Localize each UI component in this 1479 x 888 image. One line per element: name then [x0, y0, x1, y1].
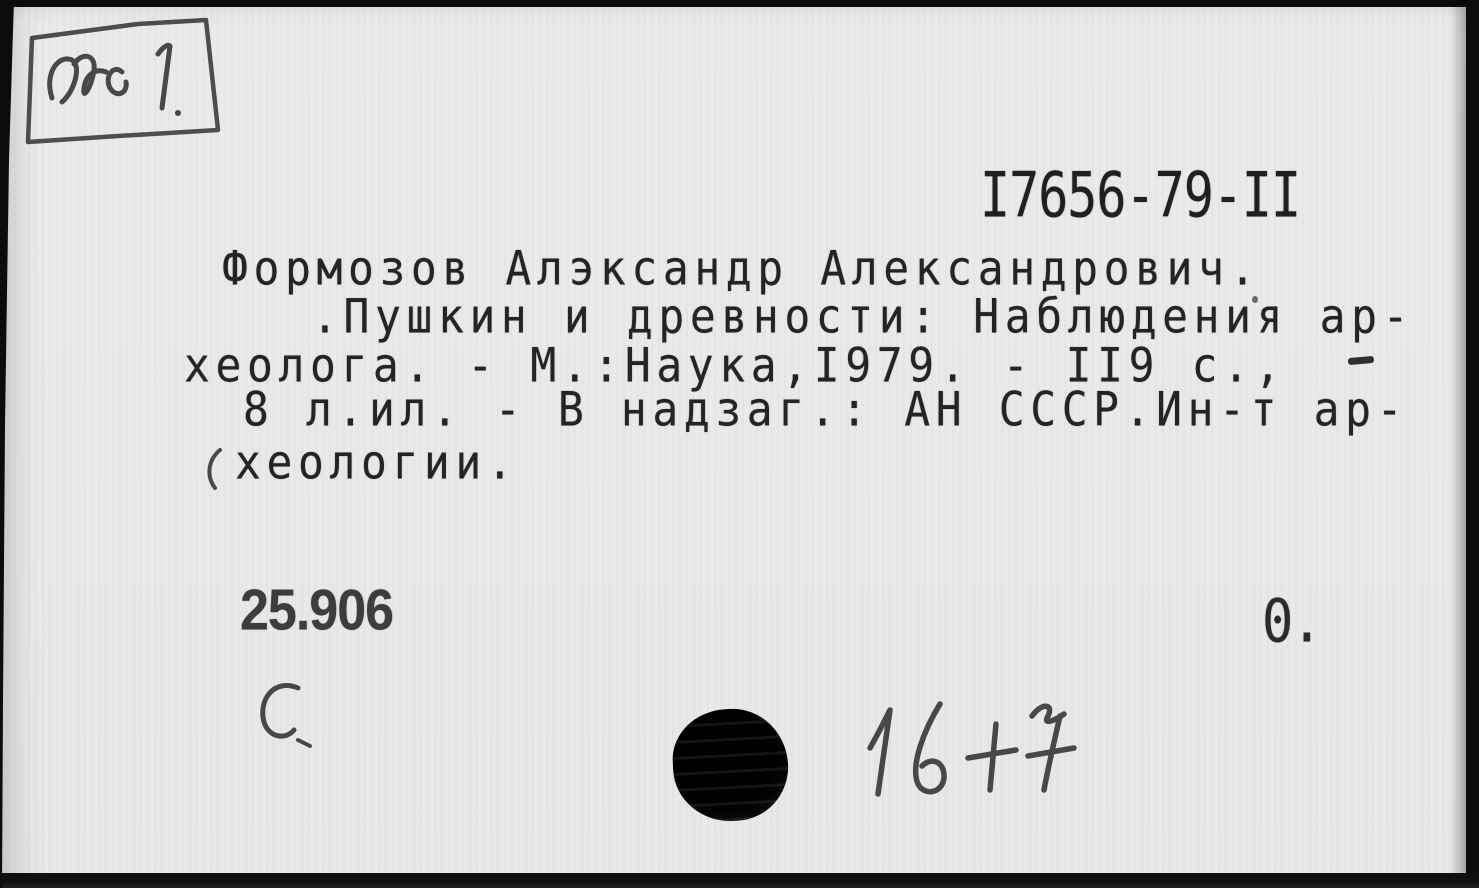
handwritten-paren-mark	[198, 444, 226, 492]
handwritten-note-glyphs	[870, 704, 1074, 794]
ink-blot-scan-streaks	[670, 706, 791, 824]
handwritten-zh1-glyphs	[50, 45, 181, 116]
entry-line-author: Формозов Алэксандр Александрович.	[222, 246, 1261, 293]
stray-speck-mark	[1252, 296, 1258, 303]
entry-line-title: .Пушкин и древности: Наблюдения ар-	[312, 294, 1414, 341]
handwritten-note	[852, 692, 1092, 812]
catalog-card: I7656-79-II Формозов Алэксандр Александр…	[0, 0, 1479, 888]
stray-dash-mark	[1348, 356, 1375, 365]
scan-border-bottom	[0, 873, 1479, 888]
handwritten-letter-c	[250, 676, 324, 754]
scan-border-top	[0, 0, 1479, 7]
accession-number: 25.906	[240, 582, 393, 639]
entry-line-collation: 8 л.ил. - В надзаг.: АН СССР.Ин-т ар-	[243, 387, 1408, 434]
scan-border-right	[1466, 0, 1479, 888]
classification-box	[18, 10, 233, 152]
entry-line-continuation: хеологии.	[235, 440, 518, 487]
classification-box-frame	[28, 20, 218, 142]
ink-blot	[670, 706, 791, 824]
scan-border-left	[0, 0, 16, 888]
scan-border-right-shadow	[1450, 0, 1466, 888]
catalog-number: I7656-79-II	[980, 164, 1300, 227]
zero-mark: 0.	[1262, 592, 1321, 652]
